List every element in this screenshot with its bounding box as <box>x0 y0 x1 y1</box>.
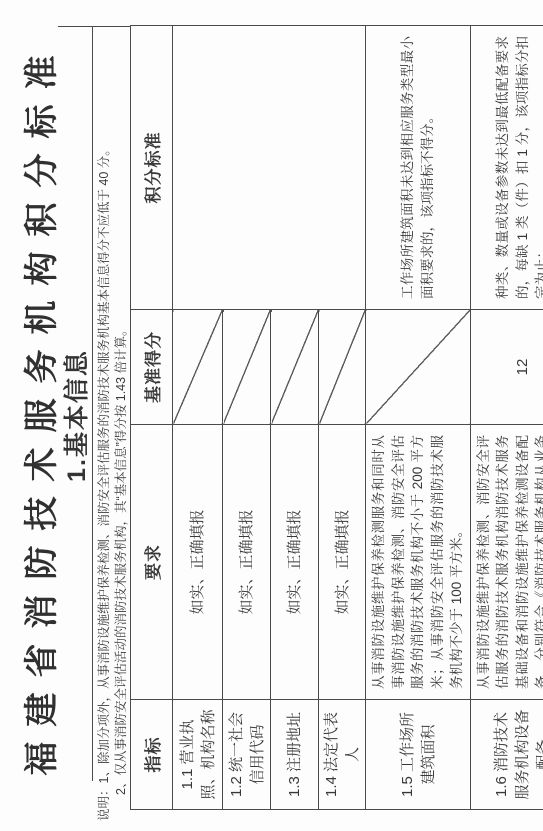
indicator-cell: 1.5 工作场所建筑面积 <box>366 700 471 810</box>
base-score-slash-cell <box>173 310 223 425</box>
requirement-cell: 如实、正确填报 <box>271 425 319 700</box>
requirement-cell: 如实、正确填报 <box>223 425 271 700</box>
section-heading: 1.基本信息 <box>57 0 93 831</box>
scoring-standard-merged-empty-cell <box>173 26 366 310</box>
indicator-cell: 1.3 注册地址 <box>271 700 319 810</box>
requirement-cell: 从事消防设施维护保养检测、消防安全评估服务的消防技术服务机构消防技术服务基础设备… <box>470 425 543 700</box>
note-line-1: 说明：1、除加分项外，从事消防设施维护保养检测、消防安全评估服务的消防技术服务机… <box>96 143 113 821</box>
indicator-cell: 1.2 统一社会信用代码 <box>223 700 271 810</box>
table-row: 1.5 工作场所建筑面积 从事消防设施维护保养检测服务和同时从事消防设施维护保养… <box>366 26 471 810</box>
table-header-row: 指标 要求 基准得分 积分标准 <box>131 26 173 810</box>
base-score-value-cell: 12 <box>470 310 543 425</box>
base-score-slash-cell <box>366 310 471 425</box>
base-score-slash-cell <box>223 310 271 425</box>
requirement-cell: 如实、正确填报 <box>319 425 366 700</box>
table-row: 1.1 营业执照、机构名称 如实、正确填报 <box>173 26 223 810</box>
scanned-document-sheet: 福建省消防技术服务机构积分标准 1.基本信息 说明：1、除加分项外，从事消防设施… <box>0 0 543 831</box>
note-line-2: 2、仅从事消防安全评估活动的消防技术服务机构，其“基本信息”得分按 1.43 倍… <box>113 143 130 795</box>
right-border-segment <box>58 26 130 27</box>
header-base-score: 基准得分 <box>131 310 173 425</box>
table-row: 1.6 消防技术服务机构设备配备 从事消防设施维护保养检测、消防安全评估服务的消… <box>470 26 543 810</box>
scoring-standard-cell: 种类、数量或设备参数未达到最低配备要求的，每缺 1 类（件）扣 1 分，该项指标… <box>470 26 543 310</box>
notes-block: 说明：1、除加分项外，从事消防设施维护保养检测、消防安全评估服务的消防技术服务机… <box>96 143 130 821</box>
document-title: 福建省消防技术服务机构积分标准 <box>14 0 63 831</box>
horizontal-rule-line <box>92 27 93 781</box>
base-score-slash-cell <box>271 310 319 425</box>
requirement-cell: 从事消防设施维护保养检测服务和同时从事消防设施维护保养检测、消防安全评估服务的消… <box>366 425 471 700</box>
requirement-cell: 如实、正确填报 <box>173 425 223 700</box>
indicator-cell: 1.6 消防技术服务机构设备配备 <box>470 700 543 810</box>
header-scoring-standard: 积分标准 <box>131 26 173 310</box>
scoring-table: 指标 要求 基准得分 积分标准 1.1 营业执照、机构名称 如实、正确填报 1.… <box>130 25 543 810</box>
indicator-cell: 1.1 营业执照、机构名称 <box>173 700 223 810</box>
header-indicator: 指标 <box>131 700 173 810</box>
scoring-standard-cell: 工作场所建筑面积未达到相应服务类型最小面积要求的，该项指标不得分。 <box>366 26 471 310</box>
indicator-cell: 1.4 法定代表人 <box>319 700 366 810</box>
base-score-slash-cell <box>319 310 366 425</box>
header-requirement: 要求 <box>131 425 173 700</box>
